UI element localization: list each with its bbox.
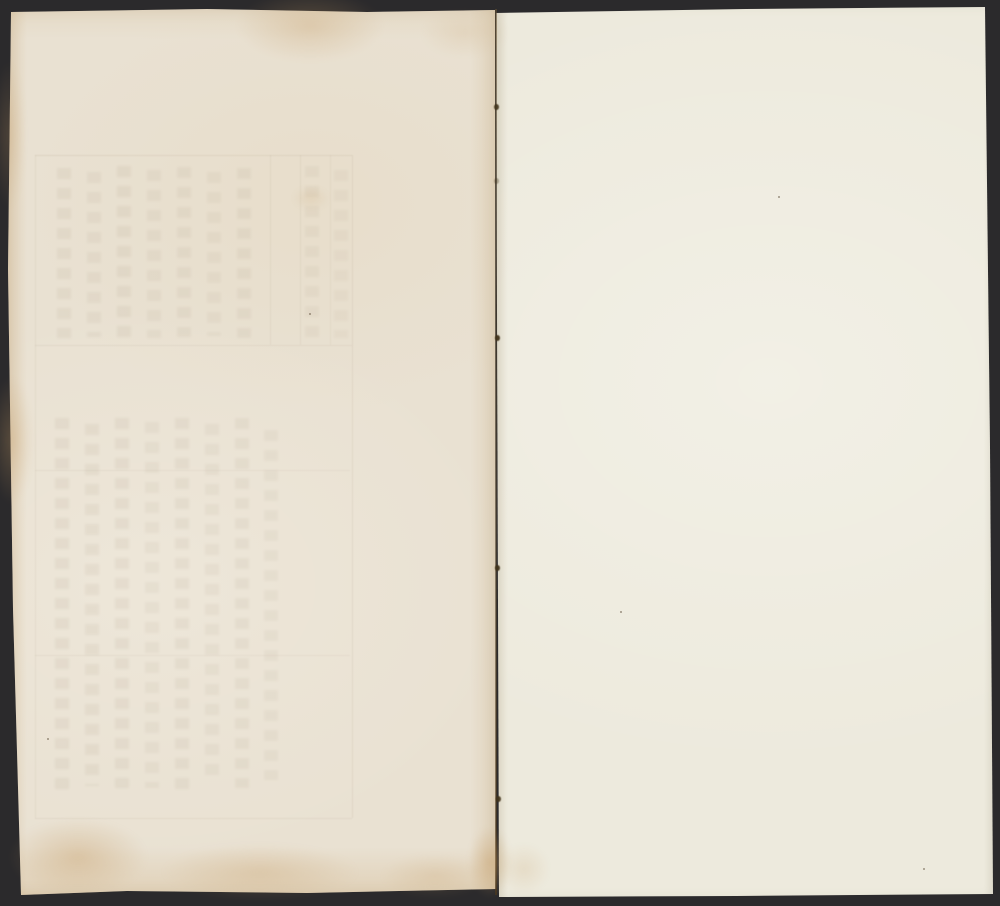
ghost-frame-line — [330, 155, 331, 345]
ghost-text-column — [85, 424, 99, 786]
ghost-text-column — [145, 422, 159, 788]
ghost-frame-line — [35, 155, 352, 156]
ghost-text-column — [147, 170, 161, 338]
ghost-frame-line — [270, 155, 271, 345]
ghost-frame-line — [35, 655, 350, 656]
gutter-spine-line — [495, 9, 497, 895]
ghost-text-column — [175, 418, 189, 790]
ghost-frame-line — [35, 155, 36, 818]
left-page — [7, 9, 496, 895]
ghost-text-column — [55, 418, 69, 790]
ghost-frame-line — [300, 155, 301, 345]
ghost-text-column — [264, 430, 278, 780]
ghost-text-column — [205, 424, 219, 784]
ghost-text-column — [117, 166, 131, 338]
ghost-frame-line — [352, 155, 353, 818]
ghost-text-column — [207, 172, 221, 336]
ghost-text-column — [305, 166, 319, 338]
ghost-frame-line — [35, 345, 352, 346]
ghost-text-column — [87, 172, 101, 337]
ghost-showthrough-text-block — [7, 9, 496, 895]
ghost-frame-line — [35, 818, 352, 819]
ghost-text-column — [334, 170, 348, 338]
ghost-frame-line — [35, 470, 350, 471]
ghost-text-column — [177, 167, 191, 337]
ghost-text-column — [237, 168, 251, 338]
book-scan — [0, 0, 1000, 906]
ghost-text-column — [57, 168, 71, 338]
ghost-text-column — [235, 418, 249, 788]
ghost-text-column — [115, 418, 129, 788]
right-page — [496, 7, 993, 897]
